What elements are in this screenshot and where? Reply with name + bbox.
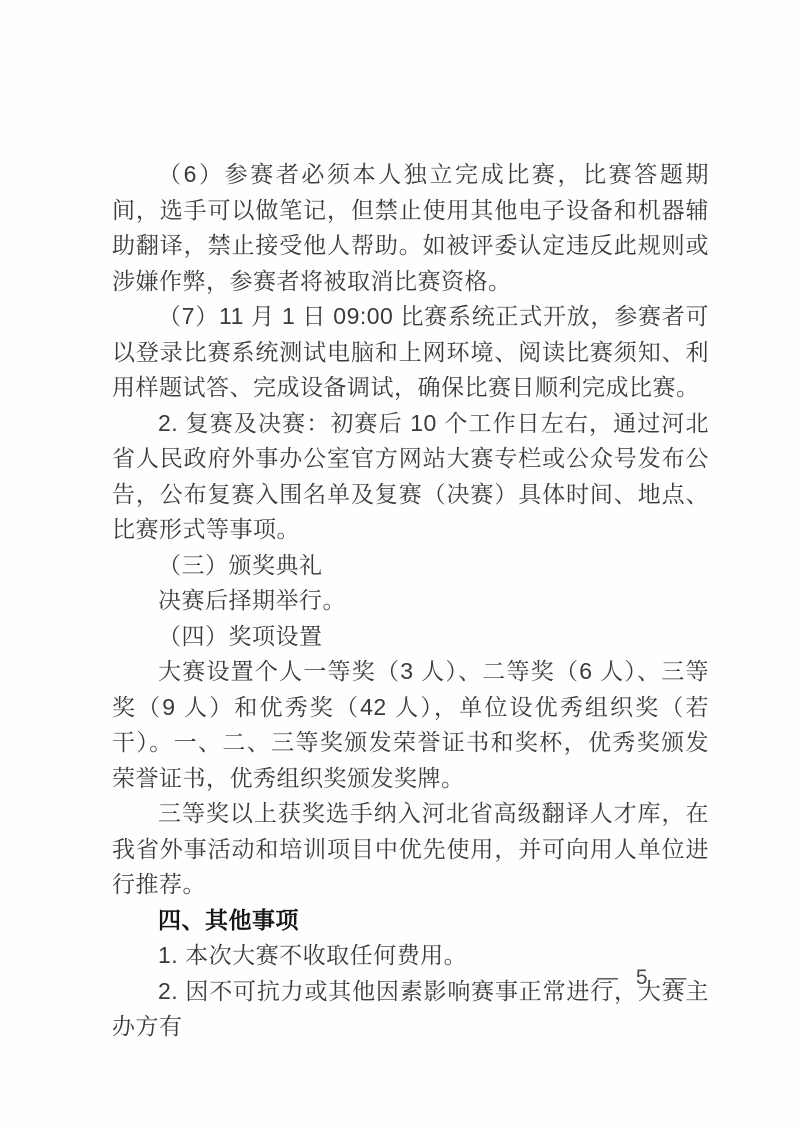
scanned-document-page: （6）参赛者必须本人独立完成比赛，比赛答题期间，选手可以做笔记，但禁止使用其他电… [0, 0, 800, 1132]
paragraph-ceremony-date: 决赛后择期举行。 [112, 583, 709, 619]
heading-award-ceremony: （三）颁奖典礼 [112, 548, 709, 584]
heading-award-setup: （四）奖项设置 [112, 619, 709, 655]
paragraph-talent-pool: 三等奖以上获奖选手纳入河北省高级翻译人才库，在我省外事活动和培训项目中优先使用，… [112, 796, 709, 903]
paragraph-rule-6: （6）参赛者必须本人独立完成比赛，比赛答题期间，选手可以做笔记，但禁止使用其他电… [112, 157, 709, 299]
paragraph-award-details: 大赛设置个人一等奖（3 人）、二等奖（6 人）、三等奖（9 人）和优秀奖（42 … [112, 654, 709, 796]
document-body: （6）参赛者必须本人独立完成比赛，比赛答题期间，选手可以做笔记，但禁止使用其他电… [112, 157, 709, 1045]
heading-other-matters: 四、其他事项 [112, 903, 709, 939]
page-number: — 5 — [597, 966, 692, 990]
paragraph-semifinal-final: 2. 复赛及决赛：初赛后 10 个工作日左右，通过河北省人民政府外事办公室官方网… [112, 406, 709, 548]
paragraph-rule-7: （7）11 月 1 日 09:00 比赛系统正式开放，参赛者可以登录比赛系统测试… [112, 299, 709, 406]
